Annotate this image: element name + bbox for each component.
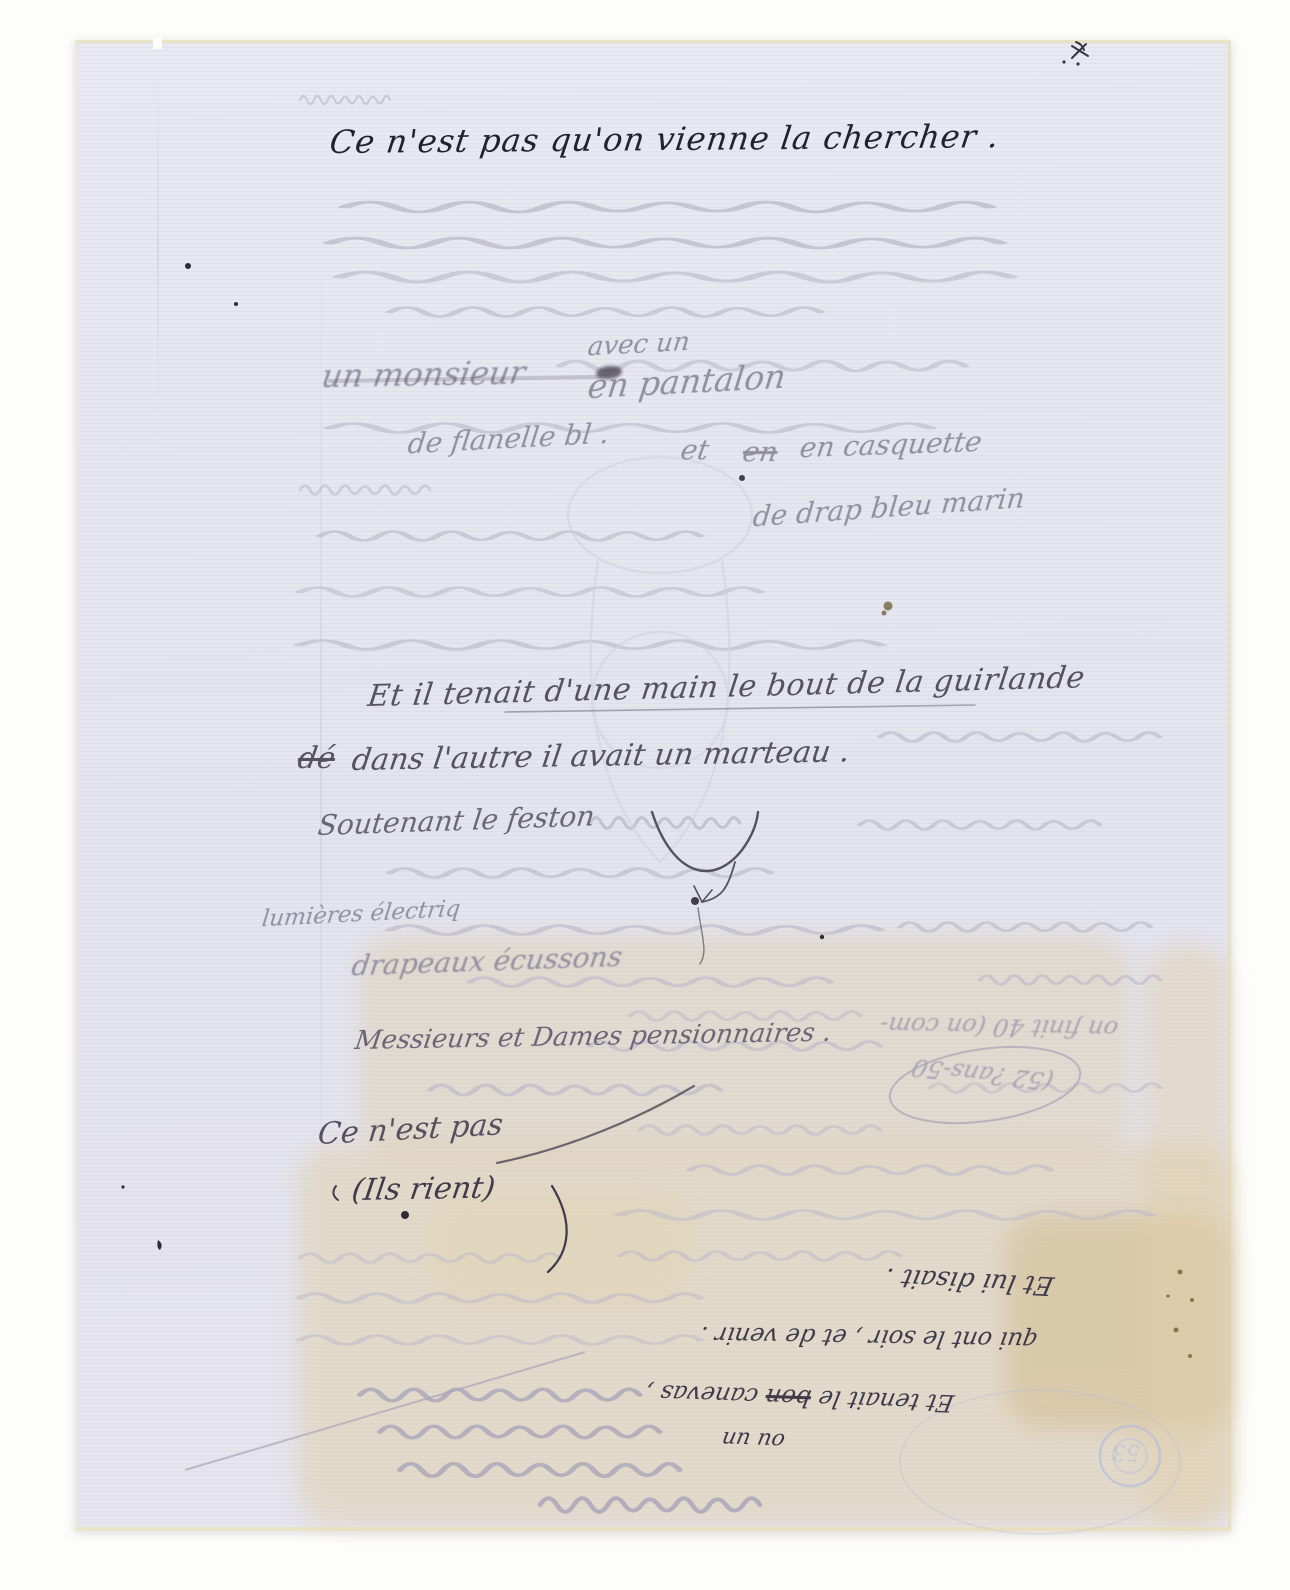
handwritten-un-monsieur: un monsieur — [319, 356, 527, 392]
handwritten-stage-direction: (Ils rient) — [350, 1173, 497, 1206]
inverted-line-3-a: Et tenait le — [816, 1385, 957, 1418]
handwritten-et: et — [679, 436, 712, 464]
handwritten-insert-avec-un: avec un — [586, 329, 691, 361]
handwritten-pensionnaires: Messieurs et Dames pensionnaires . — [353, 1020, 833, 1054]
handwritten-struck-word: en — [741, 438, 781, 466]
inverted-line-4: ou un — [720, 1427, 787, 1451]
handwritten-marteau-line: dans l'autre il avait un marteau . — [350, 737, 852, 776]
paper-crease — [157, 60, 159, 440]
scanned-manuscript: Ce n'est pas qu'on vienne la chercher . … — [0, 0, 1290, 1590]
inverted-line-3-struck: bon — [763, 1383, 814, 1412]
handwritten-en-casquette: en casquette — [798, 428, 984, 463]
inverted-line-3-c: canevas , — [642, 1379, 760, 1411]
inverted-note-40: on finit 40 (on com- — [878, 1013, 1120, 1041]
handwritten-line-title: Ce n'est pas qu'on vienne la chercher . — [328, 120, 1002, 158]
handwritten-struck-de: dé — [296, 744, 338, 774]
paper-notch — [153, 38, 162, 49]
stamp-number: 53 — [1112, 1440, 1140, 1462]
inverted-line-2: qui ont le soir , et de venir . — [698, 1323, 1040, 1353]
stain-patch — [430, 1190, 690, 1305]
stain-patch — [1145, 945, 1230, 1525]
